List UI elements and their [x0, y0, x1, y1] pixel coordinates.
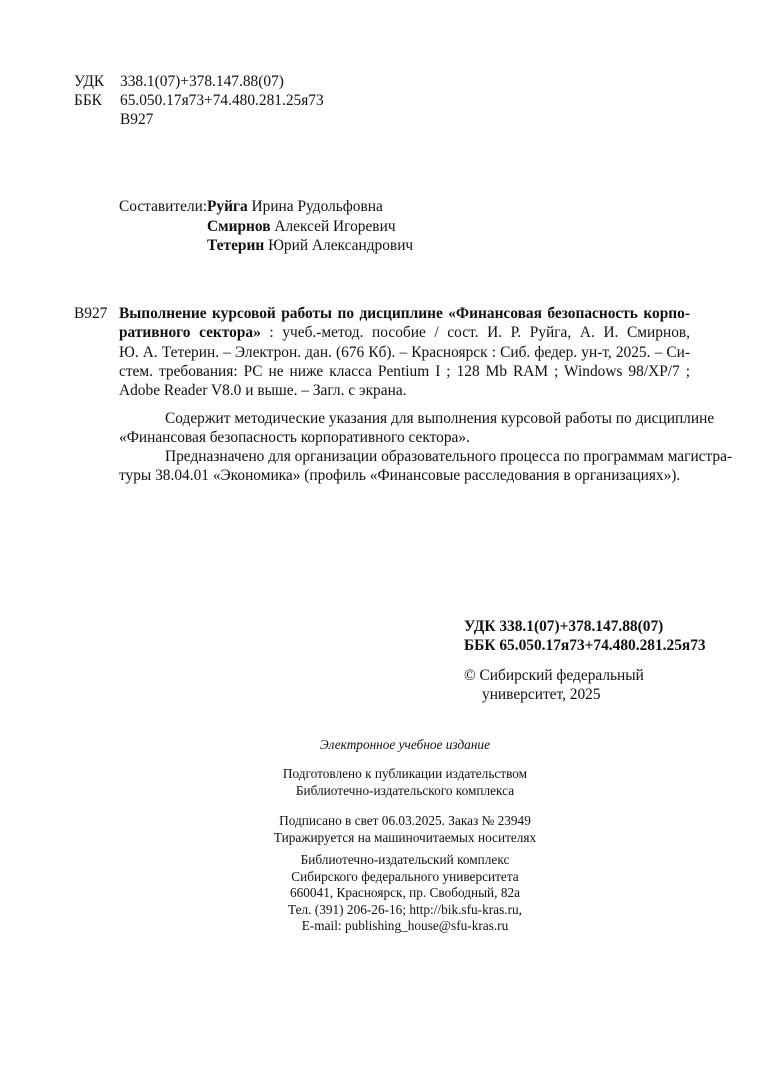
compiler-row: Тетерин Юрий Александрович — [119, 236, 413, 256]
imprint-line: Подписано в свет 06.03.2025. Заказ № 239… — [210, 813, 600, 830]
abstract-line: туры 38.04.01 «Экономика» (профиль «Фина… — [119, 466, 690, 485]
compiler-row: Составители:Руйга Ирина Рудольфовна — [119, 197, 413, 217]
copyright-line: © Сибирский федеральный — [464, 666, 644, 685]
author-sign: В927 — [74, 110, 324, 129]
biblio-line: Adobe Reader V8.0 и выше. – Загл. с экра… — [119, 381, 690, 400]
imprint-line: Тиражируется на машиночитаемых носителях — [210, 830, 600, 847]
compiler-row: Смирнов Алексей Игоревич — [119, 217, 413, 237]
imprint-line: 660041, Красноярск, пр. Свободный, 82а — [210, 885, 600, 902]
classification-bottom: УДК 338.1(07)+378.147.88(07) ББК 65.050.… — [464, 617, 706, 655]
abstract-line: Предназначено для организации образовате… — [119, 447, 690, 466]
abstract-line: Содержит методические указания для выпол… — [119, 409, 690, 428]
udk-bottom: УДК 338.1(07)+378.147.88(07) — [464, 617, 706, 636]
publisher-info: Библиотечно-издательский комплекс Сибирс… — [210, 852, 600, 935]
bbk-bottom: ББК 65.050.17я73+74.480.281.25я73 — [464, 636, 706, 655]
compiler-surname: Смирнов — [207, 218, 271, 235]
imprint-line: Библиотечно-издательский комплекс — [210, 852, 600, 869]
biblio-line: Выполнение курсовой работы по дисциплине… — [119, 304, 690, 323]
edition-type: Электронное учебное издание — [210, 737, 600, 754]
compiler-surname: Руйга — [207, 198, 248, 215]
publisher-contact-line[interactable]: Тел. (391) 206-26-16; http://bik.sfu-kra… — [210, 902, 600, 919]
compiler-surname: Тетерин — [207, 237, 264, 254]
compilers-label: Составители: — [119, 197, 207, 217]
bibliographic-record: Выполнение курсовой работы по дисциплине… — [119, 304, 690, 400]
biblio-line: стем. требования: PC не ниже класса Pent… — [119, 362, 690, 381]
bbk-value: 65.050.17я73+74.480.281.25я73 — [120, 91, 324, 110]
abstract-line: «Финансовая безопасность корпоративного … — [119, 428, 690, 447]
biblio-line: ративного сектора» : учеб.-метод. пособи… — [119, 323, 690, 342]
prepared-info: Подготовлено к публикации издательством … — [210, 766, 600, 799]
copyright-line: университет, 2025 — [464, 685, 644, 704]
copyright: © Сибирский федеральный университет, 202… — [464, 666, 644, 704]
compiler-name: Ирина Рудольфовна — [252, 198, 383, 215]
imprint-line: Подготовлено к публикации издательством — [210, 766, 600, 783]
compilers-block: Составители:Руйга Ирина Рудольфовна Смир… — [119, 197, 413, 256]
biblio-code: В927 — [74, 304, 107, 323]
classification-top: УДК338.1(07)+378.147.88(07) ББК65.050.17… — [74, 72, 324, 129]
udk-row: УДК338.1(07)+378.147.88(07) — [74, 72, 324, 91]
signed-info: Подписано в свет 06.03.2025. Заказ № 239… — [210, 813, 600, 846]
imprint-line: Библиотечно-издательского комплекса — [210, 783, 600, 800]
publisher-email-line[interactable]: E-mail: publishing_house@sfu-kras.ru — [210, 918, 600, 935]
compiler-name: Алексей Игоревич — [274, 218, 395, 235]
bbk-row: ББК65.050.17я73+74.480.281.25я73 — [74, 91, 324, 110]
udk-value: 338.1(07)+378.147.88(07) — [120, 72, 284, 91]
biblio-line: Ю. А. Тетерин. – Электрон. дан. (676 Кб)… — [119, 343, 690, 362]
udk-label: УДК — [74, 72, 120, 91]
compiler-name: Юрий Александрович — [268, 237, 413, 254]
abstract: Содержит методические указания для выпол… — [119, 409, 690, 485]
imprint-line: Сибирского федерального университета — [210, 869, 600, 886]
bbk-label: ББК — [74, 91, 120, 110]
